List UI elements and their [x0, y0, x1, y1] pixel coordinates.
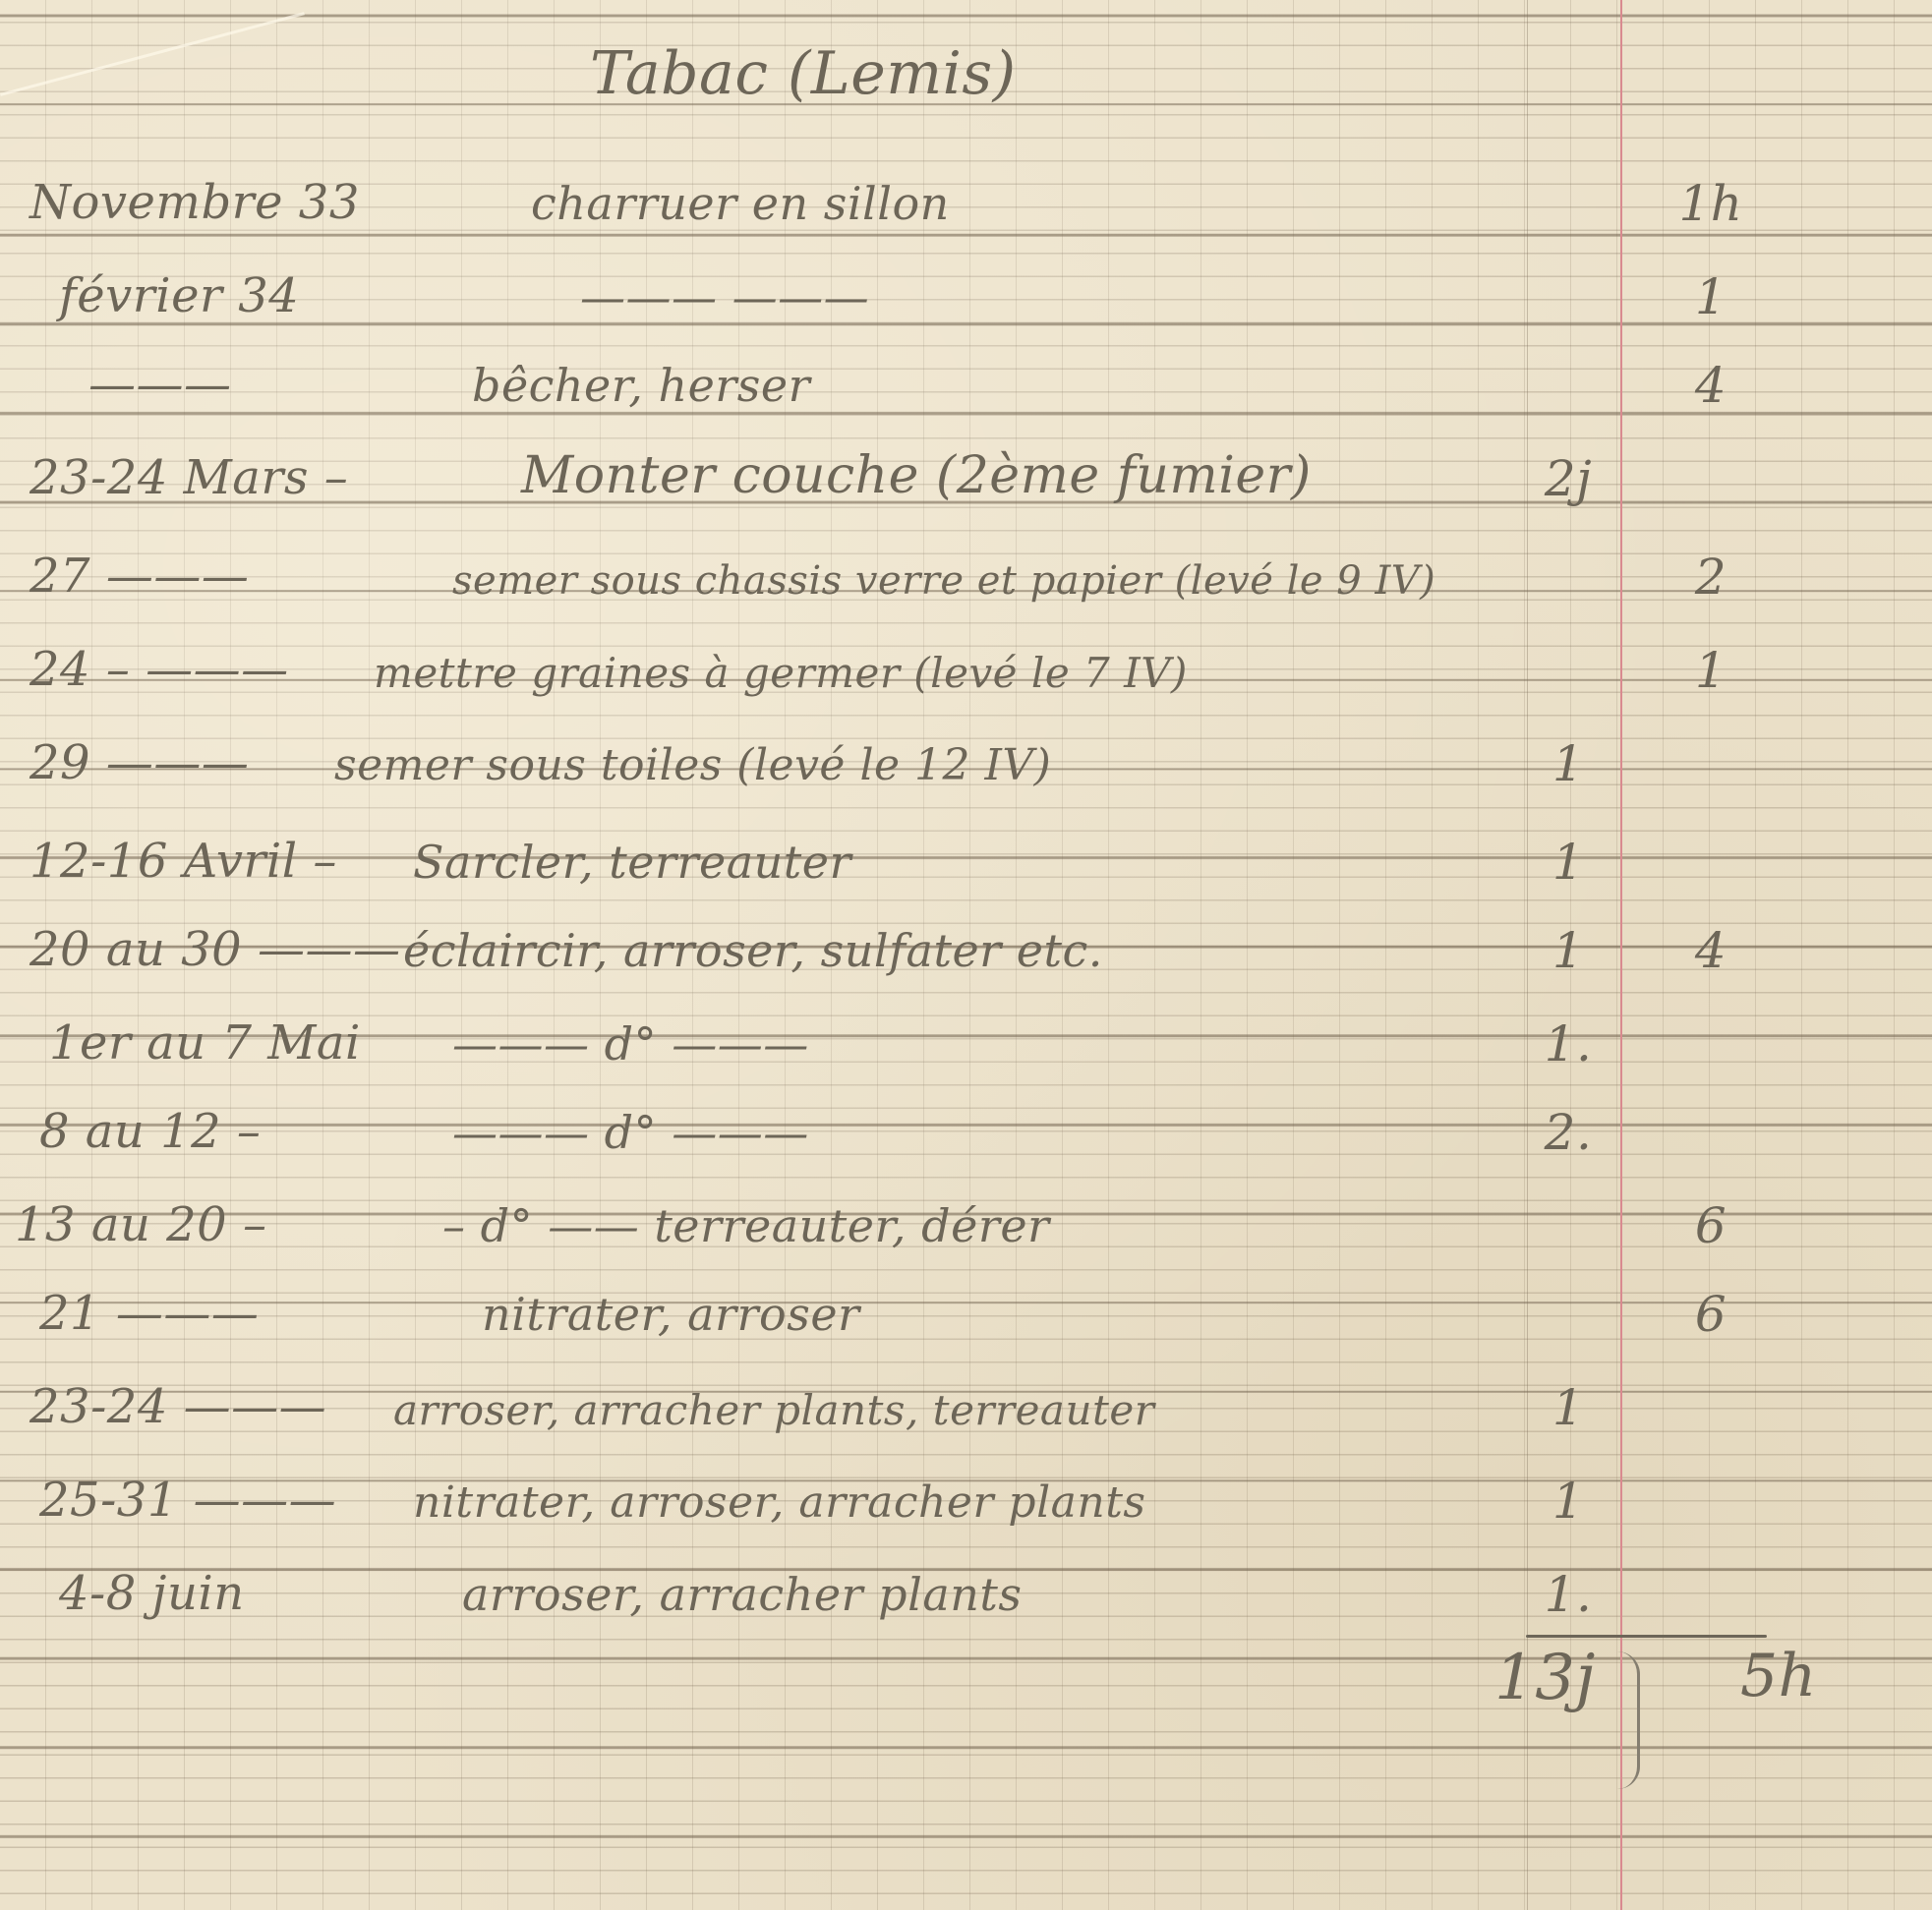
entry-row: février 34 ——— ——— 1: [0, 251, 1932, 329]
page-title: Tabac (Lemis): [590, 39, 1017, 108]
entry-date: 27 ———: [29, 549, 249, 604]
entry-row: Novembre 33 charruer en sillon 1h: [0, 157, 1932, 236]
entry-row: 12-16 Avril – Sarcler, terreauter 1: [0, 816, 1932, 895]
entry-description: semer sous chassis verre et papier (levé…: [452, 558, 1435, 604]
entry-row: ——— bêcher, herser 4: [0, 339, 1932, 418]
entry-date: 20 au 30 ———: [29, 922, 400, 977]
entry-hours: 4: [1652, 357, 1770, 414]
entry-hours: 4: [1652, 922, 1770, 979]
entry-days: 2j: [1534, 450, 1603, 507]
entry-description: bêcher, herser: [472, 359, 810, 412]
entry-row: 25-31 ——— nitrater, arroser, arracher pl…: [0, 1455, 1932, 1534]
entry-days: 1.: [1534, 1566, 1603, 1623]
entry-row: 24 – ——— mettre graines à germer (levé l…: [0, 624, 1932, 703]
entry-description: Monter couche (2ème fumier): [521, 446, 1312, 505]
entry-date: 21 ———: [39, 1286, 259, 1341]
entry-row: 13 au 20 – – d° —— terreauter, dérer 6: [0, 1180, 1932, 1258]
entry-days: 2.: [1534, 1104, 1603, 1161]
entry-days: 1: [1534, 834, 1603, 891]
entry-row: 29 ——— semer sous toiles (levé le 12 IV)…: [0, 718, 1932, 796]
entry-date: février 34: [59, 268, 299, 323]
total-brace-mark: [1617, 1651, 1640, 1789]
entry-date: 12-16 Avril –: [29, 834, 337, 889]
entry-hours: 6: [1652, 1286, 1770, 1343]
entry-description: semer sous toiles (levé le 12 IV): [334, 740, 1051, 790]
entry-days: 1: [1534, 922, 1603, 979]
entry-date: 23-24 Mars –: [29, 450, 348, 505]
entry-date: 4-8 juin: [59, 1566, 245, 1621]
entry-date: 24 – ———: [29, 642, 289, 697]
paper-crease: [0, 12, 305, 96]
entry-hours: 2: [1652, 549, 1770, 606]
entry-date: 1er au 7 Mai: [49, 1015, 361, 1071]
entry-row: 4-8 juin arroser, arracher plants 1.: [0, 1548, 1932, 1627]
entry-row: 27 ——— semer sous chassis verre et papie…: [0, 531, 1932, 609]
entry-hours: 1h: [1652, 175, 1770, 232]
entry-date: 8 au 12 –: [39, 1104, 261, 1159]
entry-date: 29 ———: [29, 735, 249, 790]
entry-description: éclaircir, arroser, sulfater etc.: [403, 924, 1103, 977]
entry-description: arroser, arracher plants: [462, 1568, 1022, 1621]
entry-row: 8 au 12 – ——— d° ——— 2.: [0, 1086, 1932, 1165]
entry-description: ——— ———: [580, 270, 869, 323]
entry-hours: 1: [1652, 268, 1770, 325]
entry-row: 23-24 Mars – Monter couche (2ème fumier)…: [0, 433, 1932, 511]
entry-description: mettre graines à germer (levé le 7 IV): [374, 649, 1188, 697]
total-underline: [1526, 1635, 1767, 1638]
entry-description: nitrater, arroser, arracher plants: [413, 1477, 1145, 1528]
entry-row: 23-24 ——— arroser, arracher plants, terr…: [0, 1361, 1932, 1440]
entry-row: 20 au 30 ——— éclaircir, arroser, sulfate…: [0, 904, 1932, 983]
entry-description: arroser, arracher plants, terreauter: [393, 1386, 1154, 1434]
entry-hours: 6: [1652, 1197, 1770, 1254]
entry-date: 25-31 ———: [39, 1473, 336, 1528]
entry-days: 1.: [1534, 1015, 1603, 1072]
entry-description: – d° —— terreauter, dérer: [442, 1199, 1050, 1252]
entry-days: 1: [1534, 1473, 1603, 1530]
entry-description: nitrater, arroser: [482, 1288, 860, 1341]
ledger-page: Tabac (Lemis) Novembre 33 charruer en si…: [0, 0, 1932, 1910]
entry-date: Novembre 33: [29, 175, 360, 230]
entry-days: 1: [1534, 735, 1603, 792]
entry-description: Sarcler, terreauter: [413, 836, 851, 889]
total-days: 13j: [1494, 1642, 1596, 1714]
entry-description: charruer en sillon: [531, 177, 950, 230]
entry-date: ———: [88, 357, 232, 412]
entry-date: 23-24 ———: [29, 1379, 326, 1434]
entry-days: 1: [1534, 1379, 1603, 1436]
total-hours: 5h: [1740, 1642, 1817, 1710]
entry-row: 1er au 7 Mai ——— d° ——— 1.: [0, 998, 1932, 1076]
entry-description: ——— d° ———: [452, 1017, 809, 1071]
entry-description: ——— d° ———: [452, 1106, 809, 1159]
entry-row: 21 ——— nitrater, arroser 6: [0, 1268, 1932, 1347]
entry-hours: 1: [1652, 642, 1770, 699]
entry-date: 13 au 20 –: [15, 1197, 266, 1252]
